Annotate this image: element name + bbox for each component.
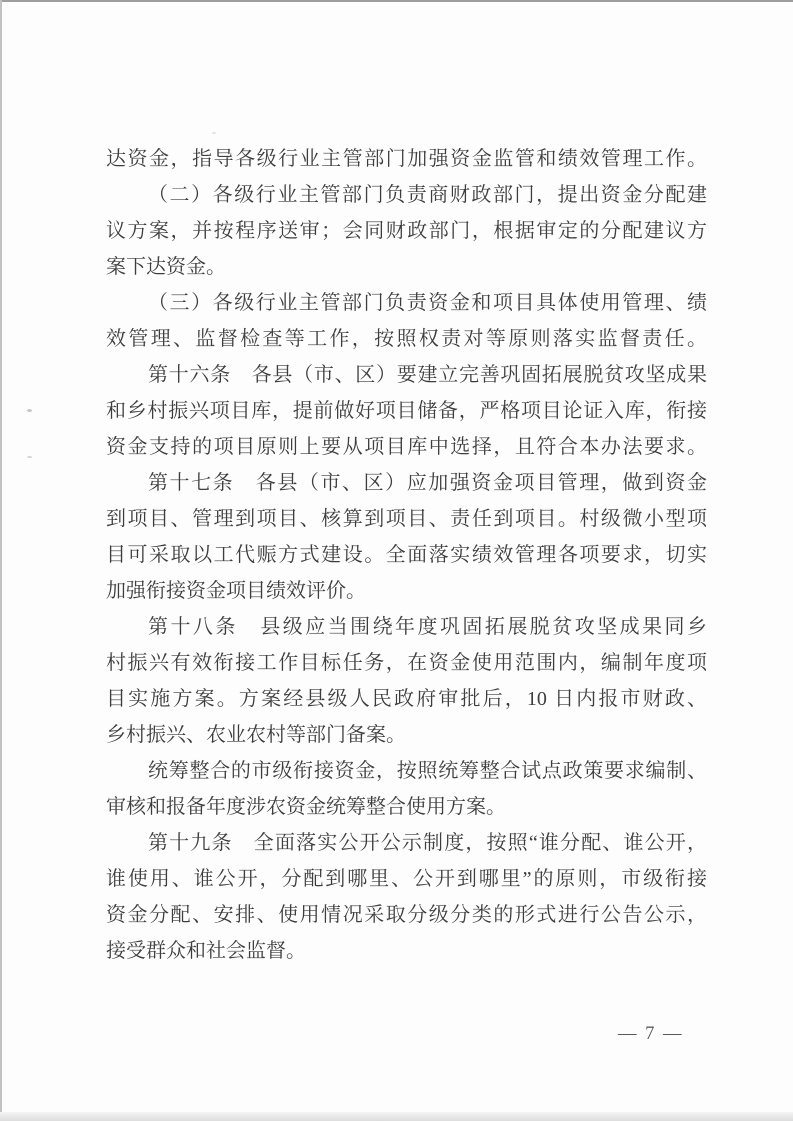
scan-speck xyxy=(27,409,32,412)
scan-edge-top xyxy=(0,0,793,2)
text-line: （三）各级行业主管部门负责资金和项目具体使用管理、绩 xyxy=(106,285,707,321)
text-line: 议方案，并按程序送审；会同财政部门，根据审定的分配建议方 xyxy=(106,213,707,249)
text-line: 乡村振兴、农业农村等部门备案。 xyxy=(106,717,707,753)
scan-speck xyxy=(212,132,216,134)
text-line: 资金分配、安排、使用情况采取分级分类的形式进行公告公示， xyxy=(106,897,707,933)
scan-edge-bottom xyxy=(0,1112,793,1121)
text-line: 第十六条 各县（市、区）要建立完善巩固拓展脱贫攻坚成果 xyxy=(106,357,707,393)
text-line: 第十八条 县级应当围绕年度巩固拓展脱贫攻坚成果同乡 xyxy=(106,609,707,645)
text-line: 目可采取以工代赈方式建设。全面落实绩效管理各项要求，切实 xyxy=(106,537,707,573)
text-line: 效管理、监督检查等工作，按照权责对等原则落实监督责任。 xyxy=(106,321,707,357)
text-line: 和乡村振兴项目库，提前做好项目储备，严格项目论证入库，衔接 xyxy=(106,393,707,429)
text-line: 到项目、管理到项目、核算到项目、责任到项目。村级微小型项 xyxy=(106,501,707,537)
text-line: （二）各级行业主管部门负责商财政部门，提出资金分配建 xyxy=(106,177,707,213)
text-line: 审核和报备年度涉农资金统筹整合使用方案。 xyxy=(106,789,707,825)
text-line: 加强衔接资金项目绩效评价。 xyxy=(106,573,707,609)
document-text: 达资金，指导各级行业主管部门加强资金监管和绩效管理工作。（二）各级行业主管部门负… xyxy=(106,141,707,969)
text-line: 第十九条 全面落实公开公示制度，按照“谁分配、谁公开， xyxy=(106,825,707,861)
document-page: 达资金，指导各级行业主管部门加强资金监管和绩效管理工作。（二）各级行业主管部门负… xyxy=(0,0,793,1121)
text-line: 资金支持的项目原则上要从项目库中选择，且符合本办法要求。 xyxy=(106,429,707,465)
page-number: — 7 — xyxy=(618,1024,684,1045)
text-line: 第十七条 各县（市、区）应加强资金项目管理，做到资金 xyxy=(106,465,707,501)
text-line: 案下达资金。 xyxy=(106,249,707,285)
text-line: 谁使用、谁公开，分配到哪里、公开到哪里”的原则，市级衔接 xyxy=(106,861,707,897)
text-line: 统筹整合的市级衔接资金，按照统筹整合试点政策要求编制、 xyxy=(106,753,707,789)
text-line: 目实施方案。方案经县级人民政府审批后，10 日内报市财政、 xyxy=(106,681,707,717)
scan-edge-left xyxy=(0,0,2,1121)
text-line: 村振兴有效衔接工作目标任务，在资金使用范围内，编制年度项 xyxy=(106,645,707,681)
text-line: 接受群众和社会监督。 xyxy=(106,933,707,969)
text-line: 达资金，指导各级行业主管部门加强资金监管和绩效管理工作。 xyxy=(106,141,707,177)
scan-speck xyxy=(27,456,32,458)
